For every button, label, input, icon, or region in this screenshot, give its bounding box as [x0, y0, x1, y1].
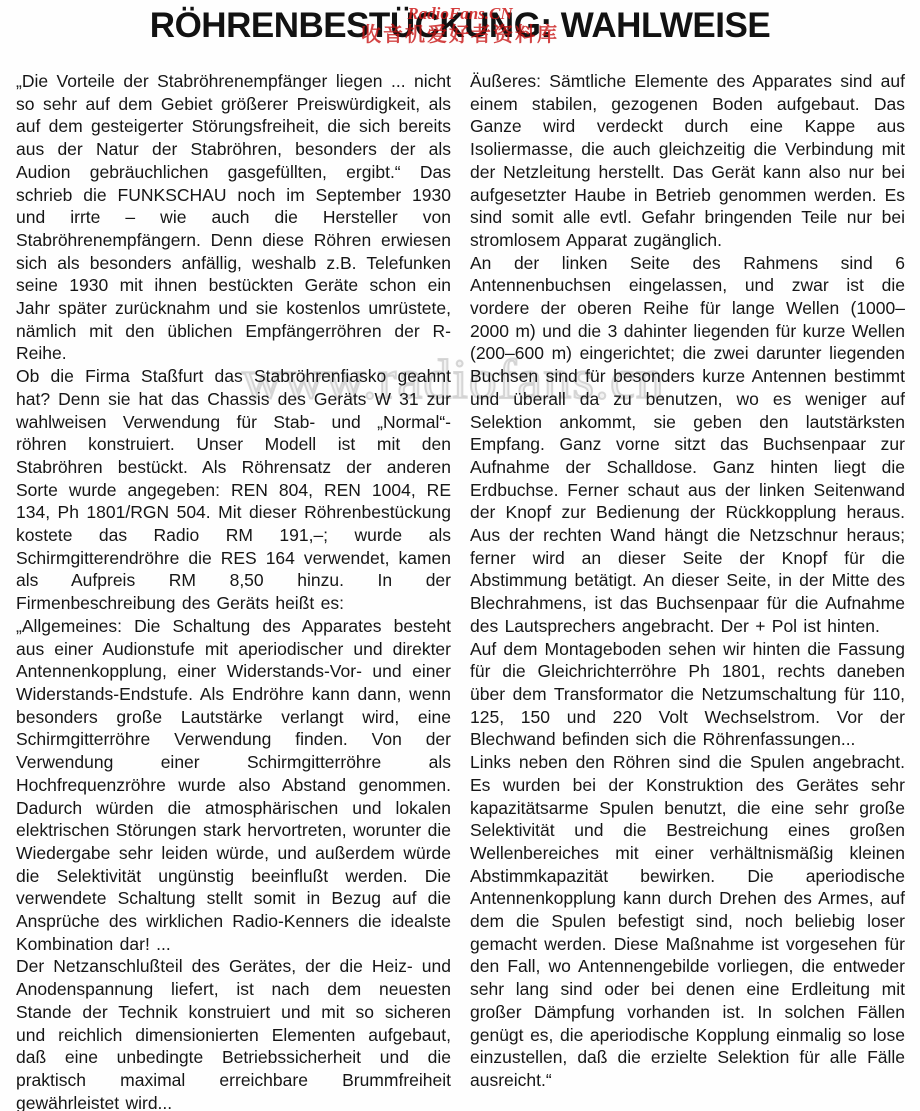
paragraph-left-4: Der Netzanschlußteil des Gerätes, der di…	[16, 955, 451, 1111]
paragraph-left-3: „Allgemeines: Die Schaltung des Apparate…	[16, 615, 451, 956]
paragraph-right-1: Äußeres: Sämtliche Elemente des Apparate…	[470, 70, 905, 252]
left-column: „Die Vorteile der Stabröhrenempfänger li…	[16, 70, 451, 1111]
paragraph-right-2: An der linken Seite des Rahmens sind 6 A…	[470, 252, 905, 638]
paragraph-left-1: „Die Vorteile der Stabröhrenempfänger li…	[16, 70, 451, 365]
article-body: „Die Vorteile der Stabröhrenempfänger li…	[16, 70, 905, 1111]
page-title: RÖHRENBESTÜCKUNG: WAHLWEISE	[0, 6, 920, 46]
scanned-document-page: RÖHRENBESTÜCKUNG: WAHLWEISE RadioFans.CN…	[0, 0, 920, 1111]
paragraph-right-4: Links neben den Röhren sind die Spulen a…	[470, 751, 905, 1092]
right-column: Äußeres: Sämtliche Elemente des Apparate…	[470, 70, 905, 1111]
paragraph-left-2: Ob die Firma Staßfurt das Stabröhrenfias…	[16, 365, 451, 615]
paragraph-right-3: Auf dem Montageboden sehen wir hinten di…	[470, 638, 905, 752]
